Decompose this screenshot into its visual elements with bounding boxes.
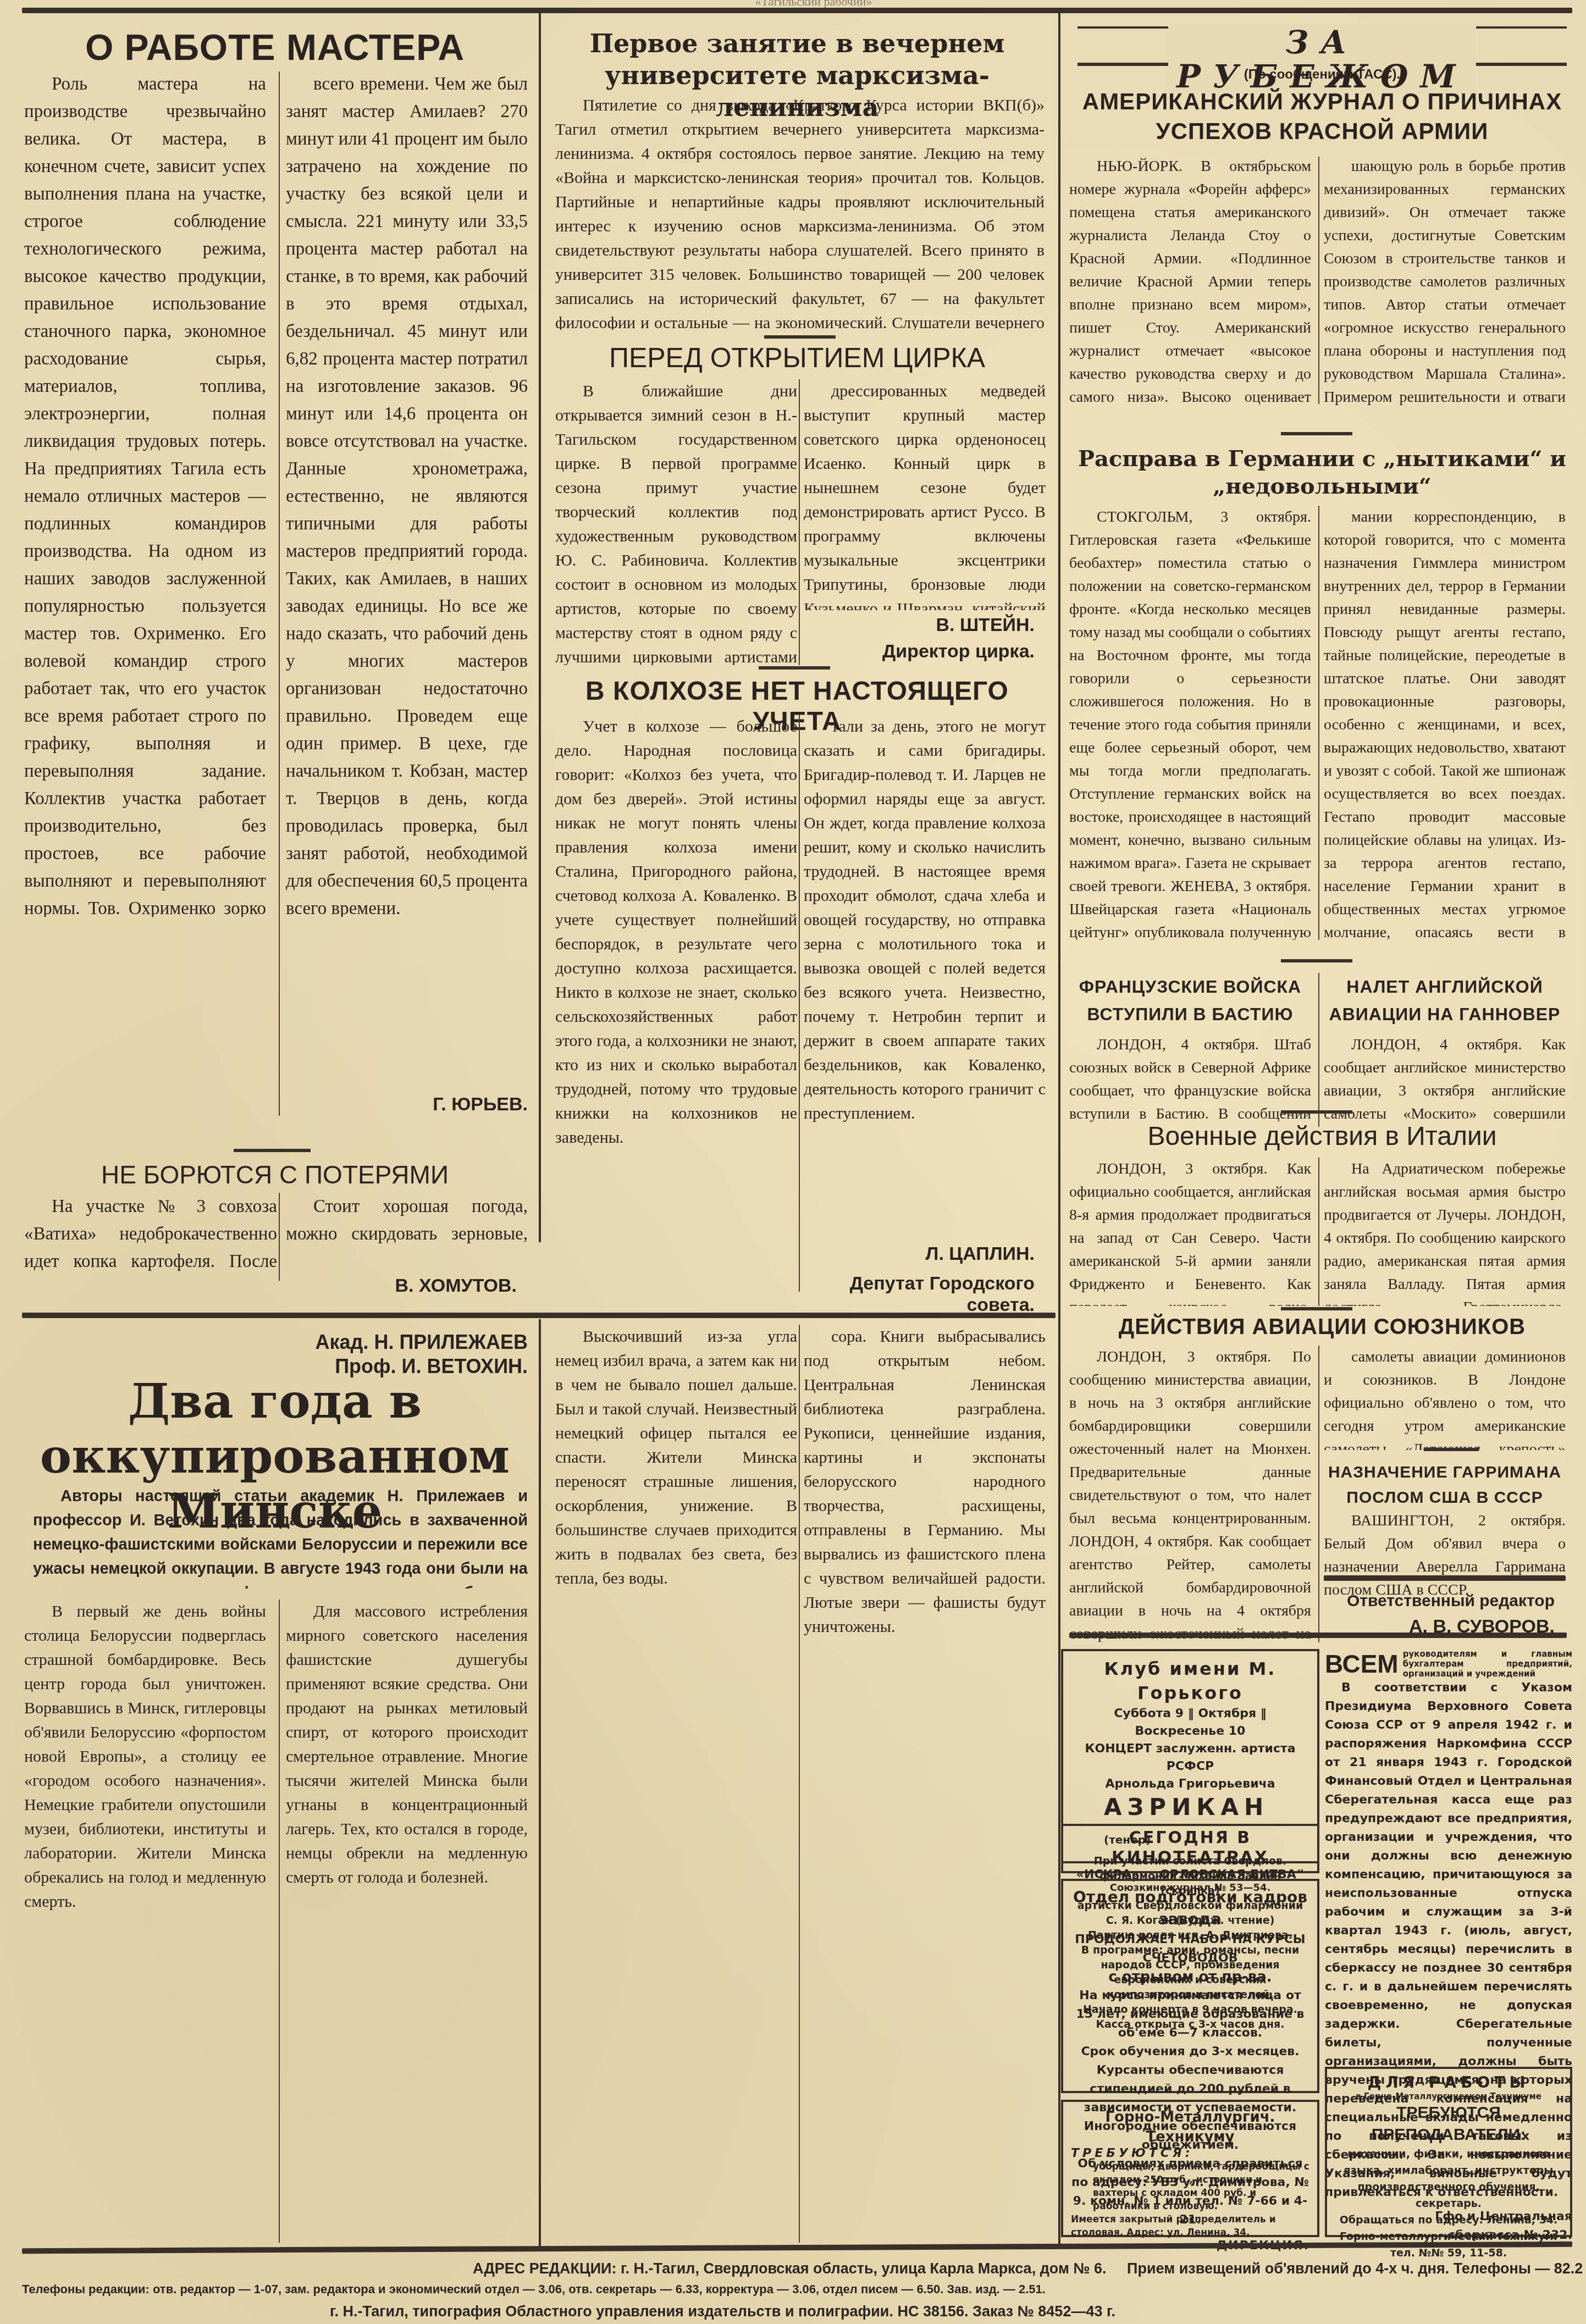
article-title: АМЕРИКАНСКИЙ ЖУРНАЛ О ПРИЧИНАХ УСПЕХОВ К… xyxy=(1077,87,1567,146)
ad-teachers: ДЛЯ РАБОТЫ в Горно-Металлургическом Техн… xyxy=(1325,2067,1572,2237)
column-rule xyxy=(1318,973,1319,1127)
article-title: НЕ БОРЮТСЯ С ПОТЕРЯМИ xyxy=(22,1160,528,1189)
article-column: Выскочивший из-за угла немец избил врача… xyxy=(555,1325,797,2243)
section-rule xyxy=(1069,1633,1567,1638)
separator xyxy=(1281,959,1352,962)
separator xyxy=(1281,432,1352,435)
article-title: ФРАНЦУЗСКИЕ ВОЙСКА ВСТУПИЛИ В БАСТИЮ xyxy=(1069,973,1311,1028)
performer-name: АЗРИКАН xyxy=(1104,1794,1269,1821)
article-column: самолеты авиации доминионов и союзников.… xyxy=(1324,1346,1566,1450)
footer-ads-hours: Прием извещений об'явлений до 4-х ч. дня… xyxy=(1127,2260,1586,2277)
article-title: Военные действия в Италии xyxy=(1077,1121,1567,1152)
article-title: ПЕРЕД ОТКРЫТИЕМ ЦИРКА xyxy=(550,342,1045,374)
section-title: ЗА РУБЕЖОМ xyxy=(1168,25,1476,93)
ad-courses: Отдел подготовки кадров завода ПРОДОЛЖАЕ… xyxy=(1061,1879,1319,2093)
column-rule xyxy=(279,71,280,1116)
article-column: шающую роль в борьбе против механизирова… xyxy=(1324,155,1566,408)
signature: В. ХОМУТОВ. xyxy=(286,1275,517,1297)
separator xyxy=(1281,1110,1352,1114)
tass-source: (По сообщениям ТАСС). xyxy=(1077,67,1567,82)
article-body: Пятилетие со дня выхода «Краткого Курса … xyxy=(555,93,1045,330)
column-rule xyxy=(1318,157,1319,404)
article-body: ЛОНДОН, 4 октября. Как сообщает английск… xyxy=(1324,1033,1566,1127)
article-title: НАЛЕТ АНГЛИЙСКОЙ АВИАЦИИ НА ГАННОВЕР xyxy=(1324,973,1566,1028)
article-title: ДЕЙСТВИЯ АВИАЦИИ СОЮЗНИКОВ xyxy=(1077,1315,1567,1340)
article-title: Расправа в Германии с „нытиками“ и „недо… xyxy=(1077,445,1567,500)
separator xyxy=(234,1149,311,1152)
ad-savings: ВСЕМ руководителям и главным бухгалтерам… xyxy=(1325,1649,1572,2067)
article-column: тали за день, этого не могут сказать и с… xyxy=(804,715,1046,1209)
article-column: На участке № 3 совхоза «Ватиха» недоброк… xyxy=(24,1193,277,1275)
editor-label: Ответственный редактор xyxy=(1324,1589,1555,1614)
article-column: НЬЮ-ЙОРК. В октябрьском номере журнала «… xyxy=(1069,155,1311,408)
article-title: О РАБОТЕ МАСТЕРА xyxy=(22,26,528,68)
footer-phones: Телефоны редакции: отв. редактор — 1-07,… xyxy=(22,2282,1046,2297)
footer-printer: г. Н.-Тагил, типография Областного управ… xyxy=(330,2303,1115,2320)
article-body: ЛОНДОН, 4 октября. Штаб союзных войск в … xyxy=(1069,1033,1311,1127)
article-column: дрессированных медведей выступит крупный… xyxy=(804,379,1046,610)
article-column: В первый же день войны столица Белорусси… xyxy=(24,1600,266,2243)
signature: В. ШТЕЙН. xyxy=(804,615,1035,636)
column-rule xyxy=(1318,1158,1319,1306)
signature-role: Депутат Городского совета. xyxy=(804,1273,1035,1316)
signature-role: Директор цирка. xyxy=(804,641,1035,662)
article-column: сора. Книги выбрасывались под открытым н… xyxy=(804,1325,1046,2243)
column-rule xyxy=(1318,1346,1319,1642)
separator xyxy=(1281,1307,1352,1310)
article-column: ЛОНДОН, 3 октября. Как официально сообща… xyxy=(1069,1158,1311,1306)
article-lead: Авторы настоящей статьи академик Н. Прил… xyxy=(33,1484,528,1589)
column-divider xyxy=(539,11,541,1242)
section-banner: ЗА РУБЕЖОМ xyxy=(1077,26,1567,66)
column-rule xyxy=(279,1600,280,2243)
article-column: ЛОНДОН, 3 октября. По сообщению министер… xyxy=(1069,1346,1311,1642)
section-rule xyxy=(22,1313,1056,1318)
column-rule xyxy=(279,1193,280,1281)
masthead-fragment: «Тагильский рабочий» xyxy=(704,0,924,9)
separator xyxy=(1424,1448,1479,1451)
section-rule xyxy=(1324,1575,1566,1581)
footer-address: АДРЕС РЕДАКЦИИ: г. Н.-Тагил, Свердловска… xyxy=(473,2260,1107,2277)
column-rule xyxy=(799,1325,800,2243)
article-column: Стоит хорошая погода, можно скирдовать з… xyxy=(286,1193,528,1253)
signature: Г. ЮРЬЕВ. xyxy=(286,1094,528,1115)
separator xyxy=(759,666,830,669)
article-column: На Адриатическом побережье английская во… xyxy=(1324,1158,1566,1306)
article-column: Для массового истребления мирного советс… xyxy=(286,1600,528,2243)
savings-headline: ВСЕМ xyxy=(1325,1655,1399,1673)
column-divider xyxy=(1058,11,1060,2248)
signature: Л. ЦАПЛИН. xyxy=(804,1243,1035,1265)
article-column: всего времени. Чем же был занят мастер А… xyxy=(286,70,528,917)
article-column: мании корреспонденцию, в которой говорит… xyxy=(1324,506,1566,940)
editor-block: Ответственный редактор А. В. СУВОРОВ. xyxy=(1324,1589,1555,1639)
article-authors: Акад. Н. ПРИЛЕЖАЕВ Проф. И. ВЕТОХИН. xyxy=(308,1330,528,1379)
article-column: СТОКГОЛЬМ, 3 октября. Гитлеровская газет… xyxy=(1069,506,1311,940)
column-divider xyxy=(539,1319,541,2248)
separator xyxy=(764,335,836,339)
ad-cinema: СЕГОДНЯ В КИНОТЕАТРАХ «ИСКРА» „ОРЛОВСКАЯ… xyxy=(1061,1824,1319,1873)
column-rule xyxy=(799,715,800,1292)
column-rule xyxy=(1318,506,1319,940)
article-column: В ближайшие дни открывается зимний сезон… xyxy=(555,379,797,665)
article-column: Учет в колхозе — большое дело. Народная … xyxy=(555,715,797,1292)
ad-technikum: Горно-Металлургич. Техникуму ТРЕБУЮТСЯ: … xyxy=(1061,2100,1319,2237)
column-rule xyxy=(799,379,800,665)
article-column: Роль мастера на производстве чрезвычайно… xyxy=(24,70,266,917)
article-title: НАЗНАЧЕНИЕ ГАРРИМАНА ПОСЛОМ США В СССР xyxy=(1324,1460,1566,1510)
